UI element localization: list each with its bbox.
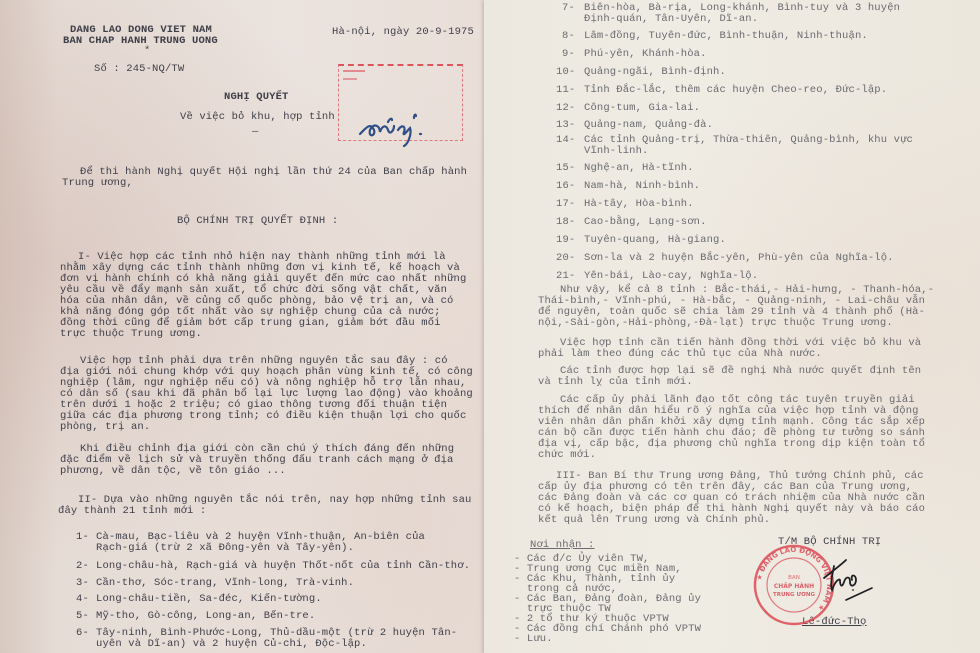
province-number: 6- bbox=[76, 627, 89, 639]
right-page: 7- Biên-hòa, Bà-rịa, Long-khánh, Bình-tu… bbox=[484, 0, 980, 653]
province-item: Quảng-ngãi, Bình-định. bbox=[584, 66, 726, 78]
province-number: 16- bbox=[556, 180, 575, 192]
province-item: Long-châu-tiền, Sa-đéc, Kiến-tường. bbox=[96, 593, 322, 605]
recipients-heading: Nơi nhận : bbox=[530, 539, 595, 551]
svg-text:BAN: BAN bbox=[788, 575, 800, 581]
province-item: Nam-hà, Ninh-bình. bbox=[584, 180, 700, 192]
document-subtitle: Về việc bỏ khu, hợp tỉnh bbox=[180, 111, 335, 123]
section-2-line: đây thành 21 tỉnh mới : bbox=[58, 505, 206, 517]
province-number: 21- bbox=[556, 270, 575, 282]
province-number: 11- bbox=[556, 84, 575, 96]
province-item: Long-châu-hà, Rạch-giá và huyện Thốt-nốt… bbox=[96, 560, 470, 572]
naming-line: và tỉnh lỵ của tỉnh mới. bbox=[538, 376, 693, 388]
preamble-line-2: Trung ương, bbox=[62, 177, 133, 189]
province-item: Mỹ-tho, Gò-công, Long-an, Bến-tre. bbox=[96, 610, 315, 622]
principles-line: phòng, trị an. bbox=[60, 421, 150, 433]
province-number: 14- bbox=[556, 134, 575, 146]
province-item: uyên và Dĩ-an) và 2 huyện Củ-chi, Độc-lậ… bbox=[96, 638, 367, 650]
blue-signature-icon bbox=[358, 100, 438, 148]
province-item: Sơn-la và 2 huyện Bắc-yên, Phù-yên của N… bbox=[584, 252, 894, 264]
province-item: Tuyên-quang, Hà-giang. bbox=[584, 234, 726, 246]
document-number: Số : 245-NQ/TW bbox=[94, 63, 184, 75]
province-number: 5- bbox=[76, 610, 89, 622]
svg-text:CHẤP HÀNH: CHẤP HÀNH bbox=[774, 582, 814, 590]
propaganda-line: chức mới. bbox=[538, 449, 596, 461]
province-item: Quảng-nam, Quảng-đà. bbox=[584, 119, 713, 131]
province-item: Công-tum, Gia-lai. bbox=[584, 102, 700, 114]
left-page: DANG LAO DONG VIET NAM BAN CHAP HANH TRU… bbox=[0, 0, 484, 653]
province-number: 15- bbox=[556, 162, 575, 174]
province-number: 18- bbox=[556, 216, 575, 228]
province-item: Phú-yên, Khánh-hòa. bbox=[584, 48, 707, 60]
handwritten-signature-icon bbox=[820, 556, 890, 604]
province-number: 20- bbox=[556, 252, 575, 264]
province-item: Rạch-giá (trừ 2 xã Đông-yên và Tây-yên). bbox=[96, 542, 354, 554]
province-item: Hà-tây, Hòa-bình. bbox=[584, 198, 694, 210]
province-item: Lâm-đồng, Tuyên-đức, Bình-thuận, Ninh-th… bbox=[584, 30, 868, 42]
province-number: 3- bbox=[76, 577, 89, 589]
province-number: 10- bbox=[556, 66, 575, 78]
province-item: Cần-thơ, Sóc-trang, Vĩnh-long, Trà-vinh. bbox=[96, 577, 354, 589]
preamble-line-1: Để thi hành Nghị quyết Hội nghị lần thứ … bbox=[80, 166, 467, 178]
header-org-line2: BAN CHAP HANH TRUNG UONG bbox=[63, 35, 218, 47]
svg-text:TRUNG ƯƠNG: TRUNG ƯƠNG bbox=[773, 592, 815, 598]
province-item: Cao-bằng, Lạng-sơn. bbox=[584, 216, 707, 228]
province-number: 1- bbox=[76, 531, 89, 543]
province-number: 2- bbox=[76, 560, 89, 572]
summary-line: nội,-Sài-gòn,-Hải-phòng,-Đà-lạt) trực th… bbox=[538, 317, 893, 329]
province-item: Định-quán, Tân-Uyên, Dĩ-an. bbox=[584, 13, 758, 25]
province-number: 4- bbox=[76, 593, 89, 605]
place-date: Hà-nội, ngày 20-9-1975 bbox=[332, 26, 474, 38]
province-number: 17- bbox=[556, 198, 575, 210]
header-star: * bbox=[144, 45, 150, 57]
province-item: Tỉnh Đắc-lắc, thêm các huyện Cheo-reo, Đ… bbox=[584, 84, 887, 96]
document-title: NGHỊ QUYẾT bbox=[224, 91, 289, 103]
province-number: 12- bbox=[556, 102, 575, 114]
procedure-line: phải làm theo đúng các thủ tục của Nhà n… bbox=[538, 348, 822, 360]
province-number: 7- bbox=[562, 2, 575, 14]
section-1-line: trực thuộc Trung ương. bbox=[60, 328, 202, 340]
recipient-item: - Lưu. bbox=[514, 633, 553, 645]
province-number: 13- bbox=[556, 119, 575, 131]
section-3-line: kết quả lên Trung ương và Chính phủ. bbox=[538, 514, 770, 526]
subtitle-dash: — bbox=[252, 126, 258, 138]
province-number: 19- bbox=[556, 234, 575, 246]
province-item: Yên-bái, Lào-cay, Nghĩa-lộ. bbox=[584, 270, 758, 282]
province-number: 8- bbox=[562, 30, 575, 42]
province-number: 9- bbox=[562, 48, 575, 60]
province-item: Nghệ-an, Hà-tĩnh. bbox=[584, 162, 694, 174]
boundary-line: phương, về dân tộc, về tôn giáo ... bbox=[60, 465, 286, 477]
decision-heading: BỘ CHÍNH TRỊ QUYẾT ĐỊNH : bbox=[177, 215, 338, 227]
province-item: Vĩnh-linh. bbox=[584, 145, 649, 157]
